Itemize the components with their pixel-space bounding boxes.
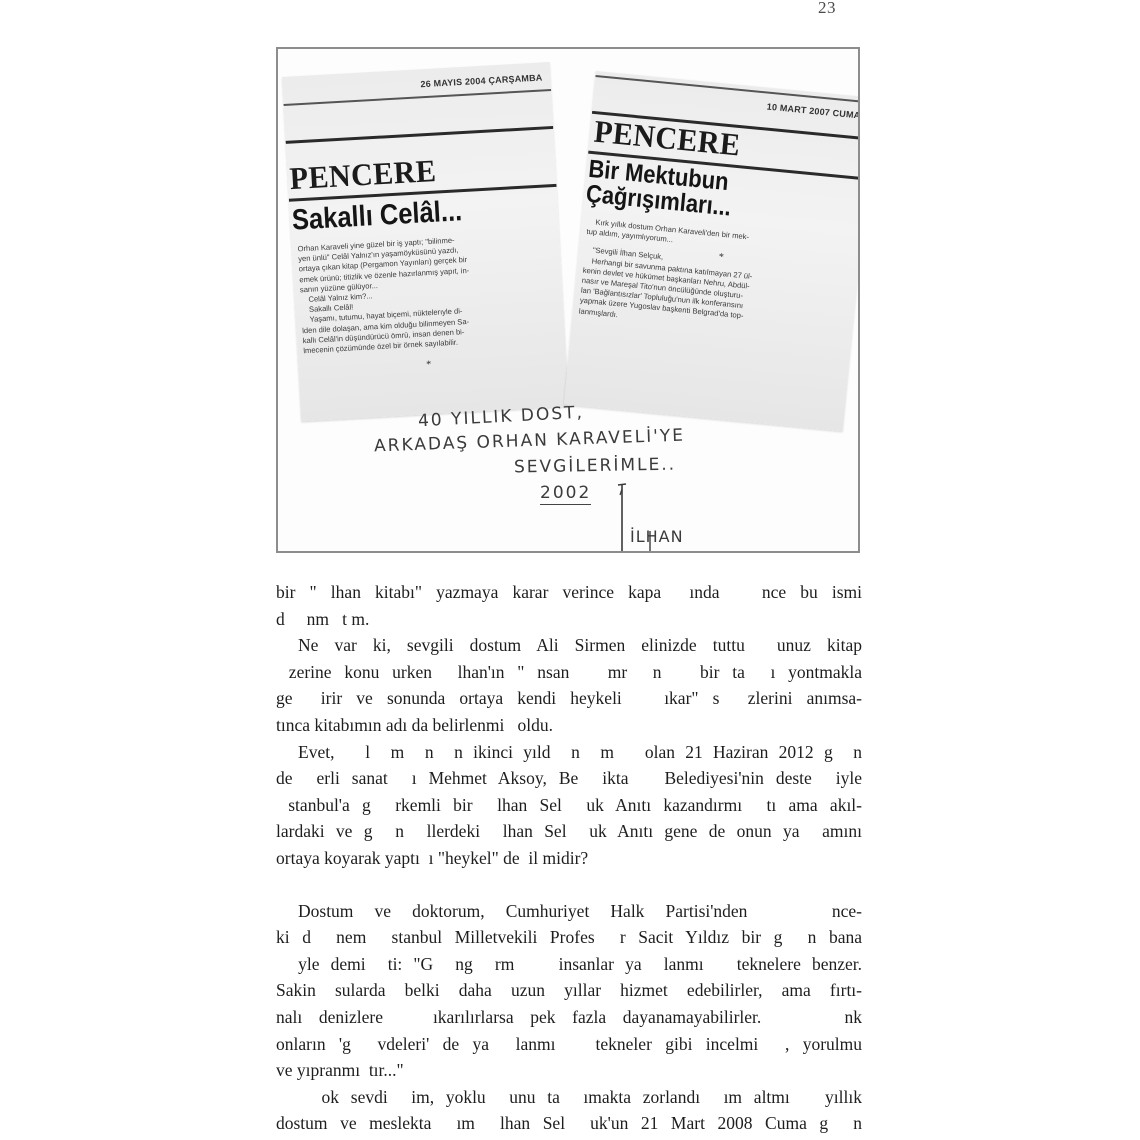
text-line: Sakin sularda belki daha uzun yıllar hiz… [276, 977, 862, 1004]
clipping-body: Orhan Karaveli yine güzel bir iş yaptı; … [297, 230, 555, 356]
paragraph-spacer [276, 872, 862, 898]
text-line: d nm t m. [276, 606, 862, 633]
newspaper-clipping-left: 26 MAYIS 2004 ÇARŞAMBA PENCERE Sakallı C… [282, 62, 569, 421]
year-text: 2002 [540, 483, 591, 505]
paragraph: Evet, l m n n ikinci yıld n m olan 21 Ha… [276, 739, 862, 872]
text-line: ve yıpranmı tır..." [276, 1057, 862, 1084]
text-line: Evet, l m n n ikinci yıld n m olan 21 Ha… [276, 739, 862, 766]
text-line: lardaki ve g n llerdeki lhan Sel uk Anıt… [276, 818, 862, 845]
text-line: bir " lhan kitabı" yazmaya karar verince… [276, 579, 862, 606]
page-number: 23 [818, 0, 836, 18]
text-line: dostum ve meslekta ım lhan Sel uk'un 21 … [276, 1110, 862, 1137]
newspaper-clipping-right: 10 MART 2007 CUMARTE PENCERE Bir Mektubu… [564, 71, 860, 431]
text-line: Dostum ve doktorum, Cumhuriyet Halk Part… [276, 898, 862, 925]
paragraph: bir " lhan kitabı" yazmaya karar verince… [276, 579, 862, 632]
paragraph: ok sevdi im, yoklu unu ta ımakta zorland… [276, 1084, 862, 1137]
text-line: tınca kitabımın adı da belirlenmi oldu. [276, 712, 862, 739]
clippings-photo: 26 MAYIS 2004 ÇARŞAMBA PENCERE Sakallı C… [276, 47, 860, 553]
clipping-date: 10 MART 2007 CUMARTE [766, 102, 860, 123]
text-line: yle demi ti: "G ng rm insanlar ya lanmı … [276, 951, 862, 978]
clipping-headline: Sakallı Celâl... [291, 197, 463, 235]
divider [286, 126, 554, 144]
text-line: de erli sanat ı Mehmet Aksoy, Be ikta Be… [276, 765, 862, 792]
handwritten-line: SEVGİLERİMLE.. [514, 455, 676, 478]
text-line: stanbul'a g rkemli bir lhan Sel uk Anıtı… [276, 792, 862, 819]
divider [284, 89, 552, 105]
star-ornament: * [426, 359, 432, 370]
handwritten-year: 2002 [540, 483, 591, 503]
clipping-body: Kırk yıllık dostum Orhan Karaveli'den bi… [578, 217, 848, 341]
text-line: zerine konu urken lhan'ın " nsan mr n bi… [276, 659, 862, 686]
text-line: ortaya koyarak yaptı ı "heykel" de il mi… [276, 845, 862, 872]
text-line: nalı denizlere ıkarılırlarsa pek fazla d… [276, 1004, 862, 1031]
text-line: onların 'g vdeleri' de ya lanmı tekneler… [276, 1031, 862, 1058]
paragraph: Dostum ve doktorum, Cumhuriyet Halk Part… [276, 898, 862, 1084]
star-ornament: * [718, 252, 724, 263]
body-text: bir " lhan kitabı" yazmaya karar verince… [276, 579, 862, 1137]
divider [595, 75, 860, 103]
text-line: Ne var ki, sevgili dostum Ali Sirmen eli… [276, 632, 862, 659]
clipping-date: 26 MAYIS 2004 ÇARŞAMBA [420, 72, 542, 89]
clipping-headline: Bir Mektubun Çağrışımları... [585, 157, 735, 221]
paragraph: Ne var ki, sevgili dostum Ali Sirmen eli… [276, 632, 862, 738]
text-line: ok sevdi im, yoklu unu ta ımakta zorland… [276, 1084, 862, 1111]
text-line: ki d nem stanbul Milletvekili Profes r S… [276, 924, 862, 951]
signature: İLHAN [630, 527, 684, 546]
text-line: ge irir ve sonunda ortaya kendi heykeli … [276, 685, 862, 712]
